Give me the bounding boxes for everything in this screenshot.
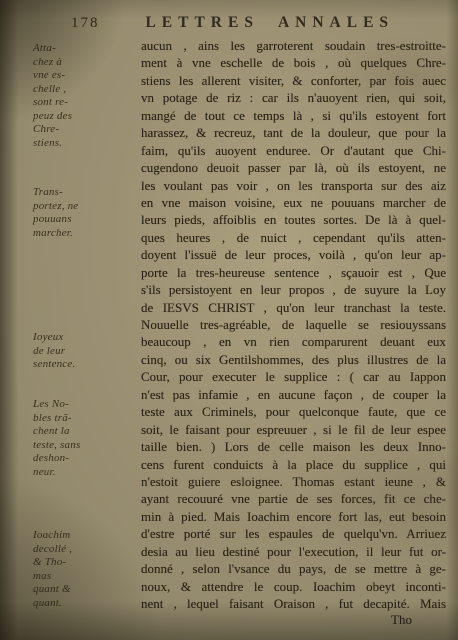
body-text-line: stiens les allerent visiter, & conforter… xyxy=(141,72,446,89)
margin-note: Ioachim decollé , & Tho- mas quant & qua… xyxy=(33,529,133,610)
body-text-line: soit, le faisant pour espreuuer , si le … xyxy=(141,421,446,438)
body-text-line: porte la tres-heureuse sentence , sçauoi… xyxy=(141,264,446,281)
body-text-line: cugendono deuoit passer par là, où ils e… xyxy=(141,159,446,176)
body-text-line: harassez, & recreuz, tant de la douleur,… xyxy=(141,124,446,141)
margin-note: Atta- chez à vne es- chelle , sont re- p… xyxy=(33,42,133,150)
margin-note: Les No- bles trã- chent la teste, sans d… xyxy=(33,398,133,479)
body-text-line: leurs pieds, affoiblis en toutes sortes.… xyxy=(141,211,446,228)
book-page: 178 LETTRES ANNALES Atta- chez à vne es-… xyxy=(0,0,458,640)
body-text-line: d'estre porté sur les espaules de quelqu… xyxy=(141,525,446,542)
body-text-line: n'est pas infamie , en aucune façon , de… xyxy=(141,386,446,403)
running-header: 178 LETTRES ANNALES xyxy=(35,14,440,36)
running-title: LETTRES ANNALES xyxy=(100,14,441,32)
catchword: Tho xyxy=(391,612,412,628)
body-text-line: teste aux Criminels, pour quelconque fau… xyxy=(141,403,446,420)
body-text-line: vn potage de riz : car ils n'auoyent rie… xyxy=(141,89,446,106)
body-text-line: Nouuelle tres-agréable, de laquelle se r… xyxy=(141,316,446,333)
body-text-line: mangé de tout ce temps là , si qu'ils es… xyxy=(141,107,446,124)
body-text-line: ques heures , de nuict , cependant qu'il… xyxy=(141,229,446,246)
body-text-line: aucun , ains les garroterent soudain tre… xyxy=(141,37,446,54)
body-text-line: ayant recouuré vne partie de ses forces,… xyxy=(141,490,446,507)
body-text-line: min à pied. Mais Ioachim encore fort las… xyxy=(141,508,446,525)
body-text-line: s'ils persistoyent en leur propos , de s… xyxy=(141,281,446,298)
body-text-line: donné , selon l'vsance du pays, de se me… xyxy=(141,560,446,577)
margin-note: Trans- portez, ne pouuans marcher. xyxy=(33,186,133,240)
body-text-line: de IESVS CHRIST , qu'on leur tranchast l… xyxy=(141,299,446,316)
body-text-line: en vne maison voisine, eux ne pouuans ma… xyxy=(141,194,446,211)
body-text-line: cinq, ou six Gentilshommes, des plus ill… xyxy=(141,351,446,368)
body-text-line: n'estoit guiere esloignee. Thomas estant… xyxy=(141,473,446,490)
body-text-line: cens furent conduicts à la place du supp… xyxy=(141,456,446,473)
body-text-line: noux, & attendre le coup. Ioachim obeyt … xyxy=(141,578,446,595)
body-text-line: nent , lequel faisant Oraison , fut deca… xyxy=(141,595,446,612)
margin-note: Ioyeux de leur sentence. xyxy=(33,331,133,372)
body-text-line: Cour, pour executer le supplice : ( car … xyxy=(141,368,446,385)
body-text-line: taille bien. ) Lors de celle maison les … xyxy=(141,438,446,455)
page-number: 178 xyxy=(71,15,100,32)
body-text-line: les voulant pas voir , on les transporta… xyxy=(141,177,446,194)
body-text-line: faim, qu'ils auoyent enduree. Or d'autan… xyxy=(141,142,446,159)
margin-notes-column: Atta- chez à vne es- chelle , sont re- p… xyxy=(33,40,135,630)
body-text-line: beaucoup , en vn rien comparurent deuant… xyxy=(141,333,446,350)
body-text-column: aucun , ains les garroterent soudain tre… xyxy=(141,37,446,612)
body-text-line: doyent l'issuë de leur proces, voilà , q… xyxy=(141,246,446,263)
body-text-line: ment à vne eschelle de bois , où quelque… xyxy=(141,54,446,71)
body-text-line: desia au lieu destiné pour l'execution, … xyxy=(141,543,446,560)
book-page-photo: 178 LETTRES ANNALES Atta- chez à vne es-… xyxy=(0,0,458,640)
